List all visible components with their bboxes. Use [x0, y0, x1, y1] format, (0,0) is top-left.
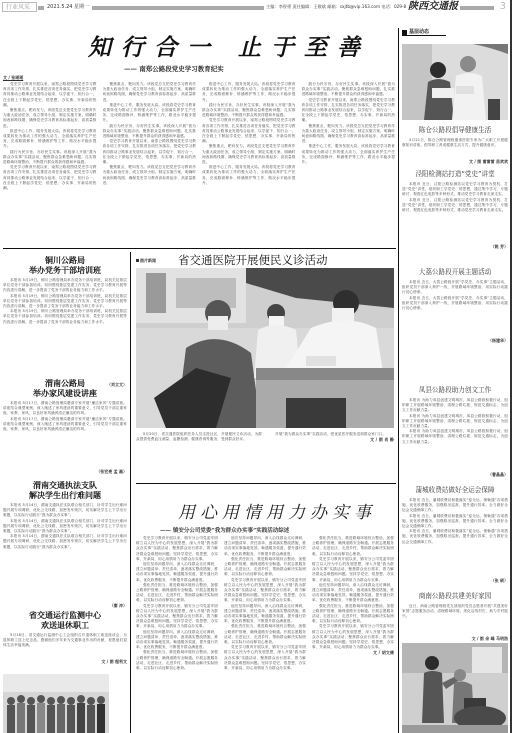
second-feature-article: 用心用情用力办实事 —— 镇安分公司党委“我为群众办实事”实践活动综述 党史学习… [136, 480, 396, 733]
clinic-photo [136, 268, 394, 428]
lead-article-author: 文 / 张瑶瑶 [3, 75, 23, 81]
brief-article: 铜川公路局 举办党务干部培训班 本报讯 5月19日，铜川公路管理局举办党务干部培… [3, 255, 127, 388]
editorial-info: 主编：李智勇 责任编辑：王敬斌 邮箱：sxjtb@vip.163.com 电话：… [264, 2, 427, 12]
sidebar-article-body: 本报讯 近日，大荔公路段开展“学党史、办实事”主题活动，组织党员干部深入养护一线… [402, 280, 508, 338]
sidebar-article-headline: 大荔公路段开展主题活动 [402, 268, 508, 277]
brief-article: 省交通运行监测中心 欢送退休职工 5月18日，省交通运行监测中心工会组织召开退休… [3, 610, 127, 665]
health-activity-photo [402, 44, 508, 120]
sidebar-article-body: 本报讯 近日，泾阳公路检测站以党史学习教育为契机，打造“党史”讲堂，组织职工学党… [402, 182, 508, 244]
brief-article: 渭南公路局 举办家风建设讲座 本报讯 5月17日，渭南公路管理局邀请专家开展“廉… [3, 378, 127, 475]
brief-article: 渭南交通执法支队 解决学生出行难问题 本报讯 5月14日，渭南交通执法支队联合相… [3, 480, 127, 609]
newspaper-logo: 陕西交通报 [406, 0, 460, 13]
sidebar-article-byline: （曹晶晶） [402, 472, 508, 478]
lead-article: 知行合一 止于至善 —— 南郑公路段党史学习教育纪实 文 / 张瑶瑶 党史学习教… [0, 18, 398, 246]
brief-body: 本报讯 5月17日，渭南公路管理局邀请专家开展“廉洁家风”专题讲座。讲座结合典型… [3, 401, 127, 469]
issue-date: 2021.5.24 星期一 [44, 2, 92, 12]
sidebar-article-headline: 凤县公路段助力创文工作 [402, 386, 508, 395]
sidebar-article-headline: 商南公路段共建美好家园 [402, 592, 508, 601]
section-tag: 行业风采 [2, 2, 37, 12]
cleanup-activity-photo [402, 643, 508, 733]
sidebar-article-body: 本报讯 近日，蒲城收费站积极落实“迎全运、保畅通”各项措施，优化收费服务，加强路… [402, 498, 508, 578]
second-feature-title: 用心用情用力办实事 [178, 498, 376, 523]
sidebar-article: 泾阳检测站打造“党史”讲堂 本报讯 近日，泾阳公路检测站以党史学习教育为契机，打… [402, 170, 508, 250]
page-header: 行业风采 2021.5.24 星期一 主编：李智勇 责任编辑：王敬斌 邮箱：sx… [0, 0, 512, 14]
sidebar-article-body: 近日，商南公路管理段党支部组织党员志愿者开展“共建美好家园”志愿服务活动，清理路… [402, 604, 508, 636]
brief-byline: 文 / 图 程利文 [3, 659, 127, 665]
sidebar-article-headline: 陈仓公路段倡导健康生活 [402, 126, 508, 135]
article-column: 推进中心工作，服务发展大局。该段将党史学习教育成果转化为推动工作的强大动力，全面… [202, 82, 296, 240]
second-feature-subtitle: —— 镇安分公司党委“我为群众办实事”实践活动综述 [160, 526, 289, 534]
sidebar-article-headline: 泾阳检测站打造“党史”讲堂 [402, 170, 508, 179]
sidebar-article-byline: 文 / 图 雷雷雷 苗欢欢 [402, 159, 508, 165]
sidebar-article-byline: 文 / 图 余 峰 马明浩 [402, 636, 508, 642]
sidebar-article: 蒲城收费站做好全运会保障 本报讯 近日，蒲城收费站积极落实“迎全运、保畅通”各项… [402, 486, 508, 584]
sidebar-article-byline: （张 硕） [402, 578, 508, 584]
photo-news-headline: 省交通医院开展便民义诊活动 [178, 252, 328, 268]
sidebar-article: 大荔公路段开展主题活动 本报讯 近日，大荔公路段开展“学党史、办实事”主题活动，… [402, 268, 508, 344]
brief-body: 5月18日，省交通运行监测中心工会组织召开退休职工欢送座谈会，为退休职工送上纪念… [3, 633, 127, 659]
lead-article-title: 知行合一 止于至善 [88, 29, 370, 62]
section-divider [3, 248, 396, 249]
article-column: 强化责任担当，推进路域环境综合整治，加强公路养护管理，确保道路安全畅通。开展志愿… [312, 536, 394, 731]
article-column: 党史学习教育开展以来，南郑公路段围绕党史学习教育各项工作安排，扎实推进各项任务落… [3, 82, 97, 240]
brief-headline: 渭南交通执法支队 解决学生出行难问题 [3, 480, 127, 500]
photo-byline: 文 / 图 肖 静 [268, 437, 394, 442]
photo-news-tag: 图片新闻 [136, 258, 156, 264]
second-feature-body: 党史学习教育开展以来，镇安分公司党委牢固树立以人民为中心的发展思想，深入开展“我… [136, 536, 394, 731]
sidebar-article-body: 5月21日，陈仓公路管理段邀请医院专家为广大职工开展健康知识讲座，倡导职工养成健… [402, 138, 508, 159]
retirees-group-photo [3, 674, 109, 733]
photo-caption: 5月20日，省交通医院组织医务人员走进社区，开展便民义诊活动，为群众提供免费血压… [136, 432, 394, 448]
column-divider [130, 252, 131, 733]
sidebar-article-body: 本报讯 为助力凤县创建文明城市，凤县公路段积极行动，组织职工开展路域环境整治、清… [402, 398, 508, 472]
brief-headline: 渭南公路局 举办家风建设讲座 [3, 378, 127, 398]
lead-article-body: 党史学习教育开展以来，南郑公路段围绕党史学习教育各项工作安排，扎实推进各项任务落… [3, 82, 395, 240]
caption-left: 5月20日，省交通医院组织医务人员走进社区，开展便民义诊活动，为群众提供免费血压… [136, 432, 262, 448]
brief-byline: （秦 冲） [3, 603, 127, 609]
brief-headline: 省交通运行监测中心 欢送退休职工 [3, 610, 127, 630]
brief-headline: 铜川公路局 举办党务干部培训班 [3, 255, 127, 275]
sidebar-article-headline: 蒲城收费站做好全运会保障 [402, 486, 508, 495]
lead-article-subtitle: —— 南郑公路段党史学习教育纪实 [124, 64, 224, 73]
brief-body: 本报讯 5月14日，渭南交通执法支队联合相关部门，针对学生出行难问题开展专项调研… [3, 503, 127, 603]
article-column: 聚焦重点，靶向发力。该段党总支把党史学习教育作为重大政治任务，成立领导小组，制定… [103, 82, 197, 240]
column-divider [398, 28, 399, 733]
sidebar-article: 凤县公路段助力创文工作 本报讯 为助力凤县创建文明城市，凤县公路段积极行动，组织… [402, 386, 508, 478]
article-column: 践行为民宗旨，办好民生实事。该段深入开展“我为群众办实事”实践活动，聚焦群众急难… [302, 82, 396, 240]
sidebar-article-byline: （杨建华） [402, 338, 508, 344]
page-number: 3 [498, 0, 506, 13]
sidebar-article: 陈仓公路段倡导健康生活 5月21日，陈仓公路管理段邀请医院专家为广大职工开展健康… [402, 126, 508, 165]
caption-right: 开展“我为群众办实事”实践活动，把优质医疗服务送到群众家门口。文 / 图 肖 静 [268, 432, 394, 448]
sidebar-section-label: 基层动态 [402, 28, 446, 36]
article-column: 他们坚持问题导向，深入沿线群众走访调研，建立问题清单、责任清单，逐项落实整改措施… [224, 536, 306, 731]
sidebar-article-byline: （姚 芳） [402, 244, 508, 250]
second-feature-byline: 文 / 胡文倩 [312, 650, 394, 655]
sidebar-article: 商南公路段共建美好家园 近日，商南公路管理段党支部组织党员志愿者开展“共建美好家… [402, 592, 508, 642]
article-column: 党史学习教育开展以来，镇安分公司党委牢固树立以人民为中心的发展思想，深入开展“我… [136, 536, 218, 731]
brief-body: 本报讯 5月19日，铜川公路管理局举办党务干部培训班，局机关及基层单位党务干部参… [3, 278, 127, 382]
brief-byline: （张宏亮 孟 磊） [3, 469, 127, 475]
